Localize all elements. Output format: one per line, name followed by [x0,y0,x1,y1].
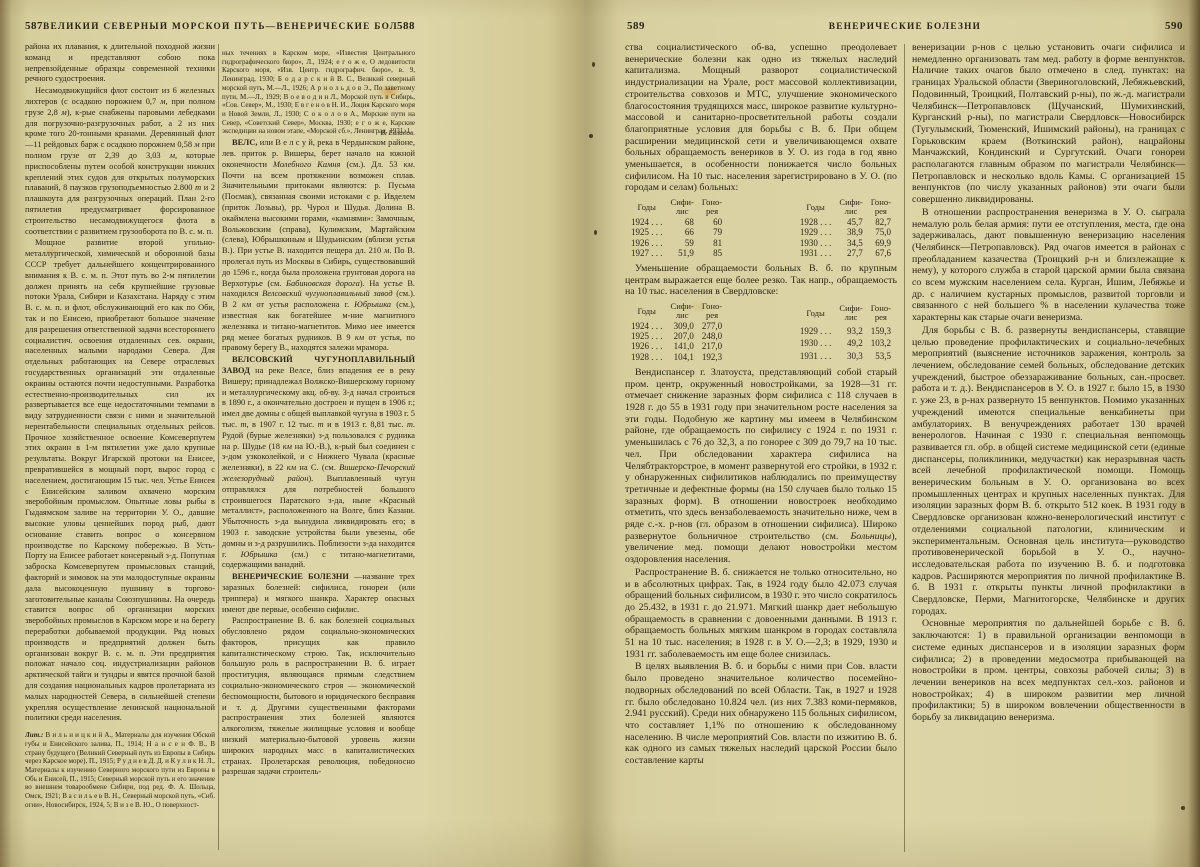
page-number: 590 [1165,20,1183,32]
table-cell: 248,0 [698,331,726,341]
running-head: ВЕНЕРИЧЕСКИЕ БОЛЕЗНИ [645,22,1165,32]
table-cell: 1924 . . . [627,321,667,331]
left-page-header: 587 ВЕЛИКИЙ СЕВЕРНЫЙ МОРСКОЙ ПУТЬ—ВЕНЕРИ… [25,20,415,32]
table-cell: 1925 . . . [627,227,667,237]
book-spread: 587 ВЕЛИКИЙ СЕВЕРНЫЙ МОРСКОЙ ПУТЬ—ВЕНЕРИ… [0,0,1200,867]
table-header: Сифи- лис [835,198,866,217]
table-cell: 1929 . . . [796,325,836,337]
table-cell: 1926 . . . [627,238,667,248]
table-cell: 1927 . . . [627,248,667,258]
table-cell: 141,0 [667,341,698,351]
table-header: Гоно- рея [867,198,895,217]
paragraph: ВЕНЕРИЧЕСКИЕ БОЛЕЗНИ —название трех зара… [222,572,415,615]
paragraph: Распространение В. б. снижается не тольк… [625,567,897,661]
text-column: венеризации р-нов с целью установить оча… [912,42,1185,854]
table-cell: 1931 . . . [796,350,836,362]
paragraph: ства социалистического об-ва, успешно пр… [625,42,897,194]
table-cell: 82,7 [867,217,895,227]
table-cell: 34,5 [835,238,866,248]
table-header: Годы [627,302,667,321]
paragraph: Распространение В. б. как болезней социа… [222,616,415,778]
paragraph: Мощное развитие второй угольно-металлург… [25,238,215,724]
stats-table: ГодыСифи- лисГоно- рея1924 . . .309,0277… [627,302,895,362]
table-cell: 1930 . . . [796,337,836,349]
paragraph: ВЕЛСОВСКИЙ ЧУГУНОПЛАВИЛЬНЫЙ ЗАВОД на рек… [222,355,415,571]
paragraph: Вендиспансер г. Златоуста, представляющи… [625,367,897,566]
table-header: Гоно- рея [698,198,726,217]
table-cell: 1930 . . . [796,238,836,248]
entry-headword: ВЕНЕРИЧЕСКИЕ БОЛЕЗНИ [232,572,354,581]
stats-table-half: ГодыСифи- лисГоно- рея1928 . . .45,782,7… [796,198,895,258]
paper-speck [592,62,595,67]
table-cell: 30,3 [835,350,866,362]
table-cell: 1931 . . . [796,248,836,258]
table-cell: 217,0 [698,341,726,351]
table-cell: 85 [698,248,726,258]
paper-speck [594,230,597,235]
table-cell: 60 [698,217,726,227]
paragraph: венеризации р-нов с целью установить оча… [912,42,1185,206]
paragraph: Уменьшение обращаемости больных В. б. по… [625,263,897,298]
table-cell: 1929 . . . [796,227,836,237]
table-header: Годы [796,302,836,325]
page-number: 587 [25,20,43,32]
table-header: Годы [627,198,667,217]
table-cell: 45,7 [835,217,866,227]
column-divider [904,44,905,852]
table-cell: 93,2 [835,325,866,337]
table-header: Сифи- лис [667,198,698,217]
table-cell: 27,7 [835,248,866,258]
table-cell: 104,1 [667,352,698,362]
table-cell: 67,6 [867,248,895,258]
table-cell: 277,0 [698,321,726,331]
text-column: ства социалистического об-ва, успешно пр… [625,42,897,848]
table-header: Гоно- рея [698,302,726,321]
table-header: Годы [796,198,836,217]
table-header: Гоно- рея [867,302,895,325]
entry-headword: Лит.: [25,731,45,739]
table-cell: 1928 . . . [796,217,836,227]
text-column: ных течениях в Карском море, «Известия Ц… [222,42,415,854]
paragraph: Несамодвижущийся флот состоит из 6 желез… [25,86,215,237]
entry-headword: ВЕЛСОВСКИЙ ЧУГУНОПЛАВИЛЬНЫЙ ЗАВОД [222,355,415,375]
stats-table-half: ГодыСифи- лисГоно- рея1929 . . .93,2159,… [796,302,895,362]
paragraph: В целях выявления В. б. и борьбы с ними … [625,661,897,766]
right-page-header: 589 ВЕНЕРИЧЕСКИЕ БОЛЕЗНИ 590 [627,20,1183,32]
paragraph: Для борьбы с В. б. развернуты вендиспанс… [912,325,1185,618]
table-header: Сифи- лис [835,302,866,325]
column-divider [218,44,219,850]
table-cell: 59 [667,238,698,248]
entry-headword: ВЕЛС, [232,138,260,147]
paragraph: В отношении распространения венеризма в … [912,207,1185,324]
paragraph: района их плавания, к длительной походно… [25,42,215,85]
table-cell: 49,2 [835,337,866,349]
table-cell: 79 [698,227,726,237]
table-cell: 159,3 [867,325,895,337]
table-cell: 38,9 [835,227,866,237]
table-cell: 103,2 [867,337,895,349]
table-cell: 53,5 [867,350,895,362]
table-cell: 69,9 [867,238,895,248]
table-cell: 207,0 [667,331,698,341]
table-cell: 66 [667,227,698,237]
stats-table-half: ГодыСифи- лисГоно- рея1924 . . .309,0277… [627,302,726,362]
table-cell: 1924 . . . [627,217,667,227]
table-cell: 1925 . . . [627,331,667,341]
page-number: 589 [627,20,645,32]
page-number: 588 [397,20,415,32]
stats-table-half: ГодыСифи- лисГоно- рея1924 . . .68601925… [627,198,726,258]
gutter-shadow [548,0,618,867]
running-head: ВЕЛИКИЙ СЕВЕРНЫЙ МОРСКОЙ ПУТЬ—ВЕНЕРИЧЕСК… [43,22,397,32]
table-cell: 192,3 [698,352,726,362]
table-cell: 1926 . . . [627,341,667,351]
table-cell: 68 [667,217,698,227]
table-cell: 1928 . . . [627,352,667,362]
literature-note: Лит.: В и л ь н и ц к и й А., Материалы … [25,731,215,809]
text-column: района их плавания, к длительной походно… [25,42,215,848]
table-cell: 81 [698,238,726,248]
table-cell: 309,0 [667,321,698,331]
table-cell: 75,0 [867,227,895,237]
table-cell: 51,9 [667,248,698,258]
table-header: Сифи- лис [667,302,698,321]
paragraph: ВЕЛС, или В е л с у й, река в Чердынском… [222,138,415,354]
paper-speck [589,134,593,138]
paragraph: Основные мероприятия по дальнейшей борьб… [912,618,1185,723]
literature-note: ных течениях в Карском море, «Известия Ц… [222,49,415,136]
stats-table: ГодыСифи- лисГоно- рея1924 . . .68601925… [627,198,895,258]
